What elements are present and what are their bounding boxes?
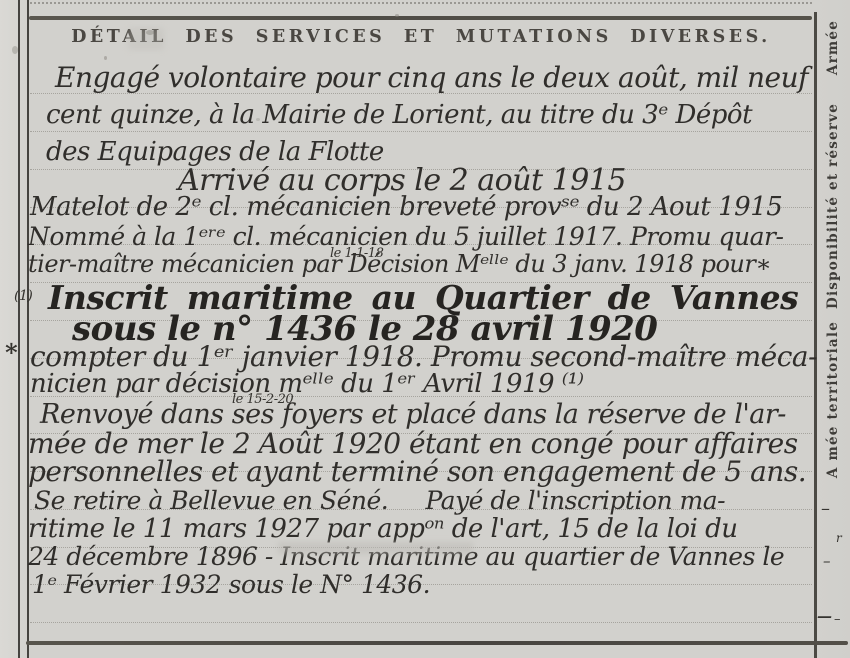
handwritten-line: Renvoyé dans ses foyers et placé dans la…: [40, 401, 786, 428]
paper-speck: [700, 238, 703, 241]
handwritten-line: nicien par décision mᵉˡˡᵉ du 1ᵉʳ Avril 1…: [30, 371, 584, 397]
handwritten-line: 1ᵉ Février 1932 sous le N° 1436.: [32, 572, 430, 597]
handwritten-annotation: le 15-2-20: [232, 393, 293, 406]
section-bottom-rule: [26, 641, 848, 645]
handwritten-annotation: –: [834, 613, 840, 626]
handwritten-annotation: le 1-1-18: [330, 247, 383, 260]
margin-label-disponibilite-text: Disponibilité et réserve: [825, 103, 841, 309]
margin-label-armee-text: Armée: [825, 20, 841, 75]
handwritten-annotation: ∗: [3, 336, 19, 360]
handwritten-line: Se retire à Bellevue en Séné. Payé de l'…: [34, 488, 725, 513]
handwritten-annotation: –: [823, 554, 830, 569]
ruled-line: [30, 622, 812, 623]
handwritten-annotation: r: [836, 532, 841, 544]
paper-speck: [344, 152, 347, 155]
paper-speck: [104, 56, 107, 60]
handwritten-line: mée de mer le 2 Août 1920 étant en congé…: [28, 430, 798, 458]
paper-speck: [12, 46, 18, 54]
handwritten-line: Matelot de 2ᵉ cl. mécanicien breveté pro…: [30, 194, 782, 220]
handwritten-line: personnelles et ayant terminé son engage…: [28, 458, 806, 486]
document-page: DÉTAIL DES SERVICES ET MUTATIONS DIVERSE…: [0, 0, 850, 658]
margin-label-disponibilite-et-reserve: Disponibilité et réserve: [817, 92, 848, 320]
margin-label-armee-territoriale: A mée territoriale: [817, 326, 848, 474]
handwritten-line: compter du 1ᵉʳ janvier 1918. Promu secon…: [30, 343, 817, 371]
paper-speck: [256, 118, 260, 121]
ruled-line: [30, 131, 812, 132]
handwritten-line: Nommé à la 1ᵉʳᵉ cl. mécanicien du 5 juil…: [28, 224, 783, 249]
handwritten-line: ritime le 11 mars 1927 par appᵒⁿ de l'ar…: [28, 516, 738, 542]
paper-speck: [395, 14, 399, 17]
handwritten-annotation: —: [817, 609, 832, 624]
paper-speck: [540, 210, 543, 213]
paper-speck: [146, 30, 154, 35]
erasure-smudge: [278, 542, 473, 554]
handwritten-annotation: –: [821, 500, 830, 518]
handwritten-line: cent quinze, à la Mairie de Lorient, au …: [46, 102, 752, 128]
handwritten-line: des Equipages de la Flotte: [46, 139, 384, 165]
handwritten-line: Engagé volontaire pour cinq ans le deux …: [55, 64, 808, 92]
handwritten-annotation: (1): [14, 289, 32, 303]
header-top-rule: [29, 16, 812, 20]
top-dotted-rule: [30, 2, 812, 4]
margin-label-territoriale-text: A mée territoriale: [825, 321, 841, 478]
margin-label-armee: Armée: [817, 14, 848, 82]
handwritten-line: tier-maître mécanicien par Décision Mᵉˡˡ…: [28, 252, 771, 276]
